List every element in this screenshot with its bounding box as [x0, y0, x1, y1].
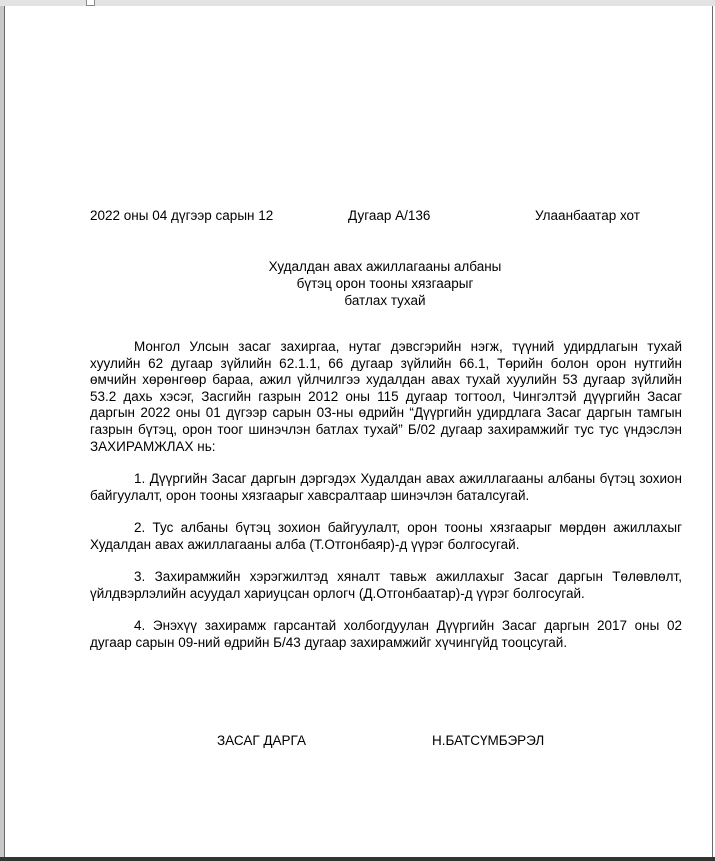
title-line: Худалдан авах ажиллагааны албаны [90, 258, 680, 275]
document-number: Дугаар А/136 [348, 208, 430, 223]
order-item-text: 3. Захирамжийн хэрэгжилтэд хяналт тавьж … [90, 569, 682, 602]
document-date: 2022 оны 04 дүгээр сарын 12 [90, 208, 273, 223]
preamble-paragraph: Монгол Улсын засаг захиргаа, нутаг дэвсг… [90, 339, 682, 455]
document-title: Худалдан авах ажиллагааны албаны бүтэц о… [90, 258, 680, 309]
signature-block: ЗАСАГ ДАРГА Н.БАТСҮМБЭРЭЛ [5, 733, 712, 751]
document-page: 2022 оны 04 дүгээр сарын 12 Дугаар А/136… [5, 6, 712, 857]
signatory-title: ЗАСАГ ДАРГА [217, 733, 306, 748]
title-line: бүтэц орон тооны хязгаарыг [90, 275, 680, 292]
document-place: Улаанбаатар хот [535, 208, 640, 223]
order-item-text: 2. Тус албаны бүтэц зохион байгуулалт, о… [90, 520, 682, 553]
order-item: 2. Тус албаны бүтэц зохион байгуулалт, о… [90, 520, 682, 553]
preamble-text: Монгол Улсын засаг захиргаа, нутаг дэвсг… [90, 339, 682, 455]
order-item-text: 1. Дүүргийн Засаг даргын дэргэдэх Худалд… [90, 471, 682, 504]
order-item: 3. Захирамжийн хэрэгжилтэд хяналт тавьж … [90, 569, 682, 602]
title-line: батлах тухай [90, 292, 680, 309]
bottom-bar [0, 857, 715, 861]
order-item: 4. Энэхүү захирамж гарсантай холбогдуула… [90, 618, 682, 651]
order-item: 1. Дүүргийн Засаг даргын дэргэдэх Худалд… [90, 471, 682, 504]
document-header: 2022 оны 04 дүгээр сарын 12 Дугаар А/136… [90, 208, 650, 226]
order-item-text: 4. Энэхүү захирамж гарсантай холбогдуула… [90, 618, 682, 651]
signatory-name: Н.БАТСҮМБЭРЭЛ [432, 733, 544, 748]
page-right-edge [712, 6, 713, 857]
